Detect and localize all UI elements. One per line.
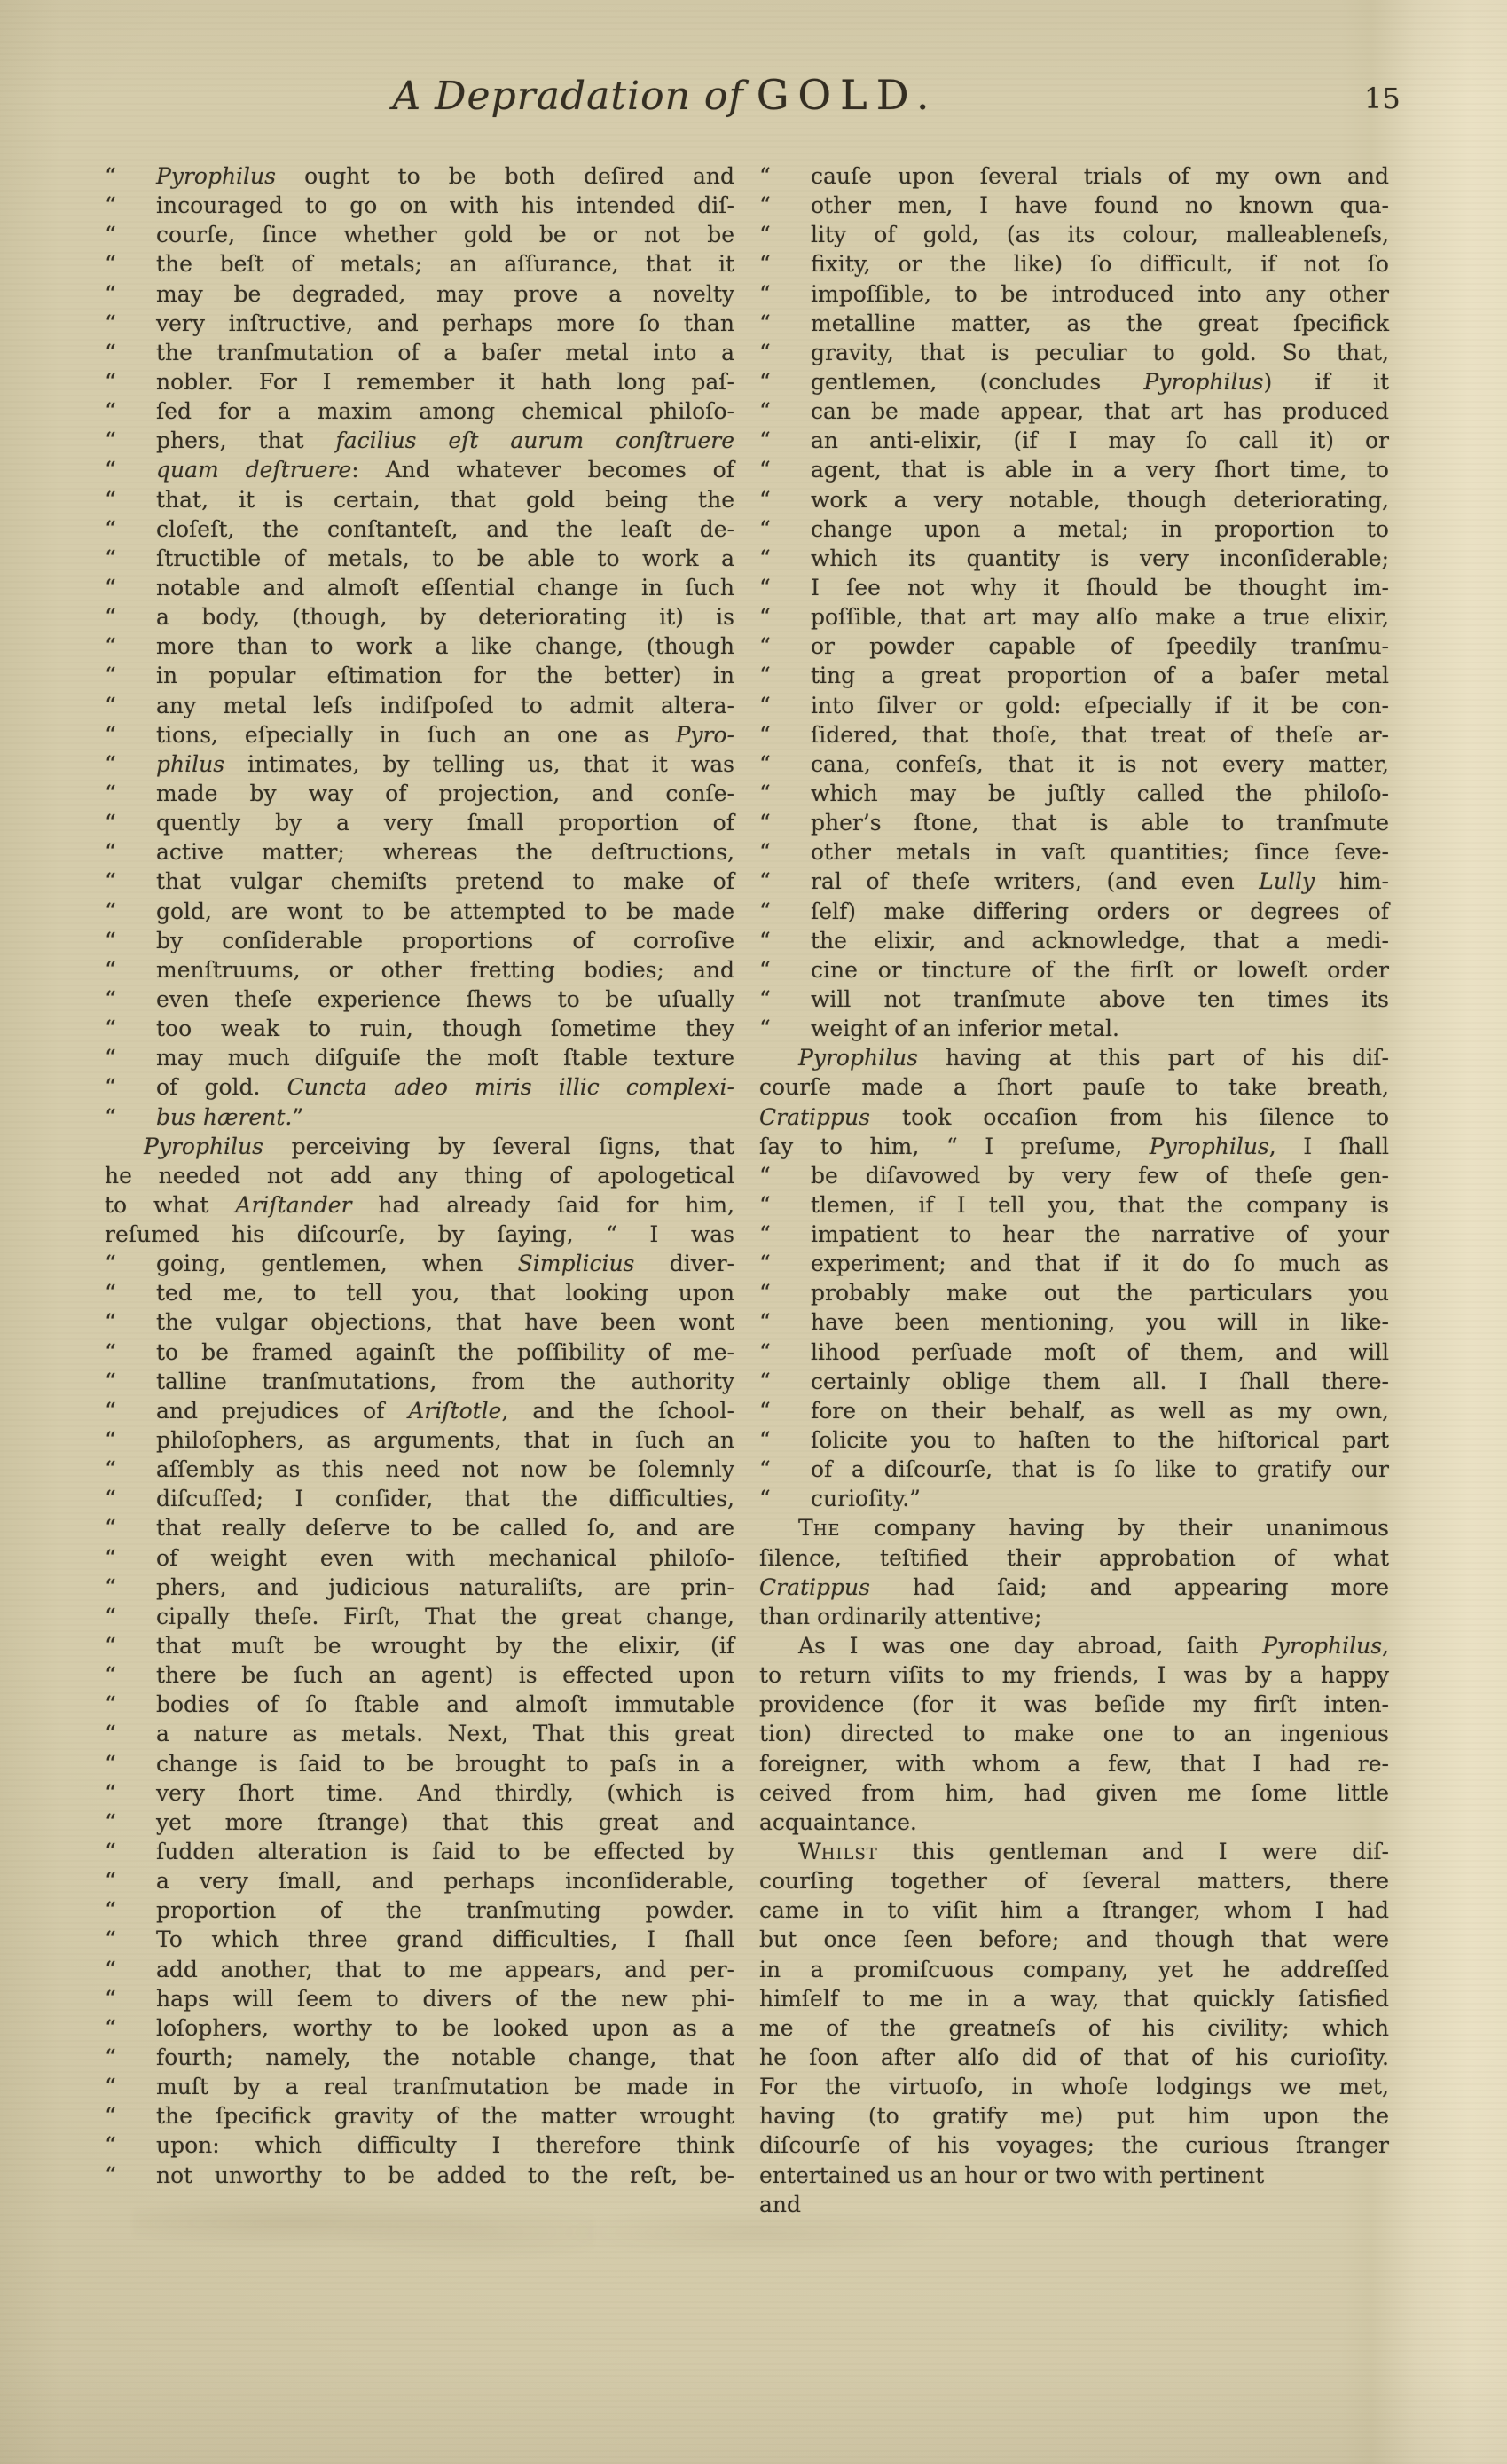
- quotation-mark: “: [759, 1307, 811, 1337]
- text-line: me of the greatneſs of his civility; whi…: [759, 2013, 1389, 2043]
- quotation-mark: “: [105, 191, 156, 220]
- quotation-mark: “: [759, 573, 811, 602]
- text-line: to return viſits to my friends, I was by…: [759, 1660, 1389, 1690]
- text-line: Cratippus had ſaid; and appearing more: [759, 1573, 1389, 1602]
- text-line: “probably make out the particulars you: [759, 1278, 1389, 1307]
- text-line: “will not tranſmute above ten times its: [759, 985, 1389, 1014]
- quotation-mark: “: [759, 426, 811, 455]
- quotation-mark: “: [105, 279, 156, 309]
- text-line: “impoſſible, to be introduced into any o…: [759, 279, 1389, 309]
- text-line: “curioſity.”: [759, 1484, 1389, 1513]
- text-line: As I was one day abroad, ſaith Pyrophilu…: [759, 1631, 1389, 1660]
- quotation-mark: “: [759, 396, 811, 426]
- quotation-mark: “: [105, 1307, 156, 1337]
- text-line: “philoſophers, as arguments, that in ſuc…: [105, 1425, 734, 1455]
- text-line: “ted me, to tell you, that looking upon: [105, 1278, 734, 1307]
- text-line: “haps will ſeem to divers of the new phi…: [105, 1984, 734, 2013]
- quotation-mark: “: [105, 1778, 156, 1808]
- text-line: “the elixir, and acknowledge, that a med…: [759, 926, 1389, 955]
- text-line: “work a very notable, though deteriorati…: [759, 485, 1389, 514]
- text-line: “cloſeſt, the conſtanteſt, and the leaſt…: [105, 514, 734, 544]
- quotation-mark: “: [105, 1513, 156, 1542]
- quotation-mark: “: [105, 1103, 156, 1132]
- quotation-mark: “: [759, 1396, 811, 1425]
- text-line: “pher’s ſtone, that is able to tranſmute: [759, 808, 1389, 837]
- quotation-mark: “: [105, 2101, 156, 2130]
- quotation-mark: “: [759, 661, 811, 690]
- text-line: “of a diſcourſe, that is ſo like to grat…: [759, 1455, 1389, 1484]
- text-line: “have been mentioning, you will in like-: [759, 1307, 1389, 1337]
- text-line: “any metal leſs indiſpoſed to admit alte…: [105, 691, 734, 720]
- quotation-mark: “: [105, 1425, 156, 1455]
- text-line: he ſoon after alſo did of that of his cu…: [759, 2043, 1389, 2072]
- text-line: “very inſtructive, and perhaps more ſo t…: [105, 309, 734, 338]
- text-line: “I ſee not why it ſhould be thought im-: [759, 573, 1389, 602]
- quotation-mark: “: [759, 338, 811, 367]
- text-line: “an anti-elixir, (if I may ſo call it) o…: [759, 426, 1389, 455]
- text-line: “ſelf) make differing orders or degrees …: [759, 897, 1389, 926]
- quotation-mark: “: [759, 1484, 811, 1513]
- quotation-mark: “: [105, 1837, 156, 1866]
- text-line: “may be degraded, may prove a novelty: [105, 279, 734, 309]
- quotation-mark: “: [105, 1749, 156, 1778]
- quotation-mark: “: [105, 1543, 156, 1573]
- text-line: tion) directed to make one to an ingenio…: [759, 1719, 1389, 1748]
- text-line: “or powder capable of ſpeedily tranſmu-: [759, 632, 1389, 661]
- quotation-mark: “: [759, 455, 811, 484]
- quotation-mark: “: [759, 779, 811, 808]
- text-line: “experiment; and that if it do ſo much a…: [759, 1249, 1389, 1278]
- text-line: “which its quantity is very inconſiderab…: [759, 544, 1389, 573]
- text-line: “other metals in vaſt quantities; ſince …: [759, 837, 1389, 867]
- quotation-mark: “: [105, 1895, 156, 1925]
- header-title-italic: A Depradation of: [392, 74, 743, 119]
- text-line: “of weight even with mechanical philoſo-: [105, 1543, 734, 1573]
- text-line: “going, gentlemen, when Simplicius diver…: [105, 1249, 734, 1278]
- quotation-mark: “: [105, 1690, 156, 1719]
- quotation-mark: “: [759, 544, 811, 573]
- quotation-mark: “: [105, 1455, 156, 1484]
- quotation-mark: “: [759, 1338, 811, 1367]
- right-column: “cauſe upon ſeveral trials of my own and…: [759, 161, 1389, 2219]
- text-line: “the tranſmutation of a baſer metal into…: [105, 338, 734, 367]
- quotation-mark: “: [759, 249, 811, 279]
- text-block: “Pyrophilus ought to be both deſired and…: [105, 161, 1389, 2219]
- text-line: than ordinarily attentive;: [759, 1602, 1389, 1631]
- quotation-mark: “: [105, 2043, 156, 2072]
- text-line: “menſtruums, or other fretting bodies; a…: [105, 955, 734, 985]
- text-line: entertained us an hour or two with perti…: [759, 2161, 1389, 2190]
- quotation-mark: “: [105, 1573, 156, 1602]
- text-line: ſay to him, “ I preſume, Pyrophilus, I ſ…: [759, 1132, 1389, 1161]
- quotation-mark: “: [105, 661, 156, 690]
- quotation-mark: “: [759, 1220, 811, 1249]
- quotation-mark: “: [759, 955, 811, 985]
- text-line: “that, it is certain, that gold being th…: [105, 485, 734, 514]
- quotation-mark: “: [105, 249, 156, 279]
- quotation-mark: “: [105, 2161, 156, 2190]
- text-line: “of gold. Cuncta adeo miris illic comple…: [105, 1072, 734, 1102]
- text-line: “and prejudices of Ariſtotle, and the ſc…: [105, 1396, 734, 1425]
- quotation-mark: “: [759, 1161, 811, 1190]
- text-line: came in to viſit him a ſtranger, whom I …: [759, 1895, 1389, 1925]
- text-line: “cauſe upon ſeveral trials of my own and: [759, 161, 1389, 191]
- text-line: “certainly oblige them all. I ſhall ther…: [759, 1367, 1389, 1396]
- quotation-mark: “: [759, 867, 811, 896]
- text-line: “cana, confeſs, that it is not every mat…: [759, 749, 1389, 779]
- text-line: “cine or tincture of the firſt or loweſt…: [759, 955, 1389, 985]
- text-line: “not unworthy to be added to the reſt, b…: [105, 2161, 734, 2190]
- text-line: “tlemen, if I tell you, that the company…: [759, 1190, 1389, 1220]
- text-line: “ſidered, that thoſe, that treat of theſ…: [759, 720, 1389, 749]
- text-line: “muſt by a real tranſmutation be made in: [105, 2072, 734, 2101]
- text-line: “impatient to hear the narrative of your: [759, 1220, 1389, 1249]
- text-line: “which may be juſtly called the philoſo-: [759, 779, 1389, 808]
- text-line: having (to gratify me) put him upon the: [759, 2101, 1389, 2130]
- text-line: “there be ſuch an agent) is effected upo…: [105, 1660, 734, 1690]
- text-line: For the virtuoſo, in whoſe lodgings we m…: [759, 2072, 1389, 2101]
- text-line: “that vulgar chemiſts pretend to make of: [105, 867, 734, 896]
- quotation-mark: “: [105, 720, 156, 749]
- quotation-mark: “: [105, 691, 156, 720]
- text-line: “tions, eſpecially in ſuch an one as Pyr…: [105, 720, 734, 749]
- text-line: “more than to work a like change, (thoug…: [105, 632, 734, 661]
- text-line: “diſcuſſed; I conſider, that the difficu…: [105, 1484, 734, 1513]
- text-line: “the beſt of metals; an aſſurance, that …: [105, 249, 734, 279]
- quotation-mark: “: [759, 837, 811, 867]
- quotation-mark: “: [759, 808, 811, 837]
- quotation-mark: “: [105, 1955, 156, 1984]
- quotation-mark: “: [759, 309, 811, 338]
- text-line: but once ſeen before; and though that we…: [759, 1925, 1389, 1954]
- quotation-mark: “: [759, 1455, 811, 1484]
- text-line: “change upon a metal; in proportion to: [759, 514, 1389, 544]
- quotation-mark: “: [759, 367, 811, 396]
- text-line: “can be made appear, that art has produc…: [759, 396, 1389, 426]
- quotation-mark: “: [759, 1425, 811, 1455]
- quotation-mark: “: [105, 779, 156, 808]
- quotation-mark: “: [105, 573, 156, 602]
- book-page-scan: A Depradation ofGOLD. 15 “Pyrophilus oug…: [0, 0, 1507, 2464]
- text-line: “that muſt be wrought by the elixir, (if: [105, 1631, 734, 1660]
- text-line: “may much diſguiſe the moſt ſtable textu…: [105, 1043, 734, 1072]
- text-line: “into ſilver or gold: eſpecially if it b…: [759, 691, 1389, 720]
- text-line: “upon: which difficulty I therefore thin…: [105, 2130, 734, 2160]
- text-line: courſing together of ſeveral matters, th…: [759, 1866, 1389, 1895]
- text-line: “that really deſerve to be called ſo, an…: [105, 1513, 734, 1542]
- text-line: “aſſembly as this need not now be ſolemn…: [105, 1455, 734, 1484]
- quotation-mark: “: [105, 1925, 156, 1954]
- text-line: “agent, that is able in a very ſhort tim…: [759, 455, 1389, 484]
- catchword: and: [759, 2190, 1389, 2219]
- text-line: Whilst this gentleman and I were diſ-: [759, 1837, 1389, 1866]
- text-line: “ſtructible of metals, to be able to wor…: [105, 544, 734, 573]
- text-line: “gold, are wont to be attempted to be ma…: [105, 897, 734, 926]
- quotation-mark: “: [759, 220, 811, 249]
- quotation-mark: “: [105, 426, 156, 455]
- text-line: “notable and almoſt eſſential change in …: [105, 573, 734, 602]
- quotation-mark: “: [105, 2130, 156, 2160]
- text-line: “yet more ſtrange) that this great and: [105, 1808, 734, 1837]
- quotation-mark: “: [759, 514, 811, 544]
- quotation-mark: “: [105, 1808, 156, 1837]
- quotation-mark: “: [105, 455, 156, 484]
- quotation-mark: “: [759, 191, 811, 220]
- quotation-mark: “: [759, 485, 811, 514]
- quotation-mark: “: [105, 220, 156, 249]
- text-line: providence (for it was beſide my firſt i…: [759, 1690, 1389, 1719]
- text-line: “made by way of projection, and conſe-: [105, 779, 734, 808]
- quotation-mark: “: [759, 602, 811, 632]
- quotation-mark: “: [105, 1043, 156, 1072]
- text-line: ceived from him, had given me ſome littl…: [759, 1778, 1389, 1808]
- text-line: “Pyrophilus ought to be both deſired and: [105, 161, 734, 191]
- text-line: in a promiſcuous company, yet he addreſſ…: [759, 1955, 1389, 1984]
- quotation-mark: “: [759, 749, 811, 779]
- text-line: “courſe, ſince whether gold be or not be: [105, 220, 734, 249]
- text-line: Pyrophilus having at this part of his di…: [759, 1043, 1389, 1072]
- quotation-mark: “: [759, 161, 811, 191]
- quotation-mark: “: [105, 1367, 156, 1396]
- quotation-mark: “: [105, 867, 156, 896]
- quotation-mark: “: [105, 309, 156, 338]
- text-line: “fore on their behalf, as well as my own…: [759, 1396, 1389, 1425]
- text-line: he needed not add any thing of apologeti…: [105, 1161, 734, 1190]
- text-line: “a very ſmall, and perhaps inconſiderabl…: [105, 1866, 734, 1895]
- text-line: “ting a great proportion of a baſer meta…: [759, 661, 1389, 690]
- text-line: “lihood perſuade moſt of them, and will: [759, 1338, 1389, 1367]
- text-line: “the vulgar objections, that have been w…: [105, 1307, 734, 1337]
- text-line: “ſudden alteration is ſaid to be effecte…: [105, 1837, 734, 1866]
- text-line: “a nature as metals. Next, That this gre…: [105, 1719, 734, 1748]
- text-line: “quam deſtruere: And whatever becomes of: [105, 455, 734, 484]
- text-line: “ſolicite you to haſten to the hiſtorica…: [759, 1425, 1389, 1455]
- quotation-mark: “: [105, 1278, 156, 1307]
- quotation-mark: “: [105, 985, 156, 1014]
- text-line: “the ſpecifick gravity of the matter wro…: [105, 2101, 734, 2130]
- quotation-mark: “: [105, 749, 156, 779]
- quotation-mark: “: [759, 1278, 811, 1307]
- quotation-mark: “: [105, 1719, 156, 1748]
- quotation-mark: “: [759, 1190, 811, 1220]
- quotation-mark: “: [105, 514, 156, 544]
- quotation-mark: “: [105, 602, 156, 632]
- quotation-mark: “: [105, 837, 156, 867]
- quotation-mark: “: [105, 897, 156, 926]
- text-line: “change is ſaid to be brought to paſs in…: [105, 1749, 734, 1778]
- text-line: “to be framed againſt the poſſibility of…: [105, 1338, 734, 1367]
- quotation-mark: “: [105, 2013, 156, 2043]
- quotation-mark: “: [759, 691, 811, 720]
- text-line: to what Ariſtander had already ſaid for …: [105, 1190, 734, 1220]
- quotation-mark: “: [105, 1631, 156, 1660]
- header-title-caps: GOLD.: [757, 71, 938, 119]
- text-line: “incouraged to go on with his intended d…: [105, 191, 734, 220]
- text-line: “nobler. For I remember it hath long paſ…: [105, 367, 734, 396]
- text-line: “by conſiderable proportions of corroſiv…: [105, 926, 734, 955]
- quotation-mark: “: [105, 1072, 156, 1102]
- text-line: “cipally theſe. Firſt, That the great ch…: [105, 1602, 734, 1631]
- text-line: “talline tranſmutations, from the author…: [105, 1367, 734, 1396]
- quotation-mark: “: [105, 544, 156, 573]
- text-line: “add another, that to me appears, and pe…: [105, 1955, 734, 1984]
- quotation-mark: “: [105, 1866, 156, 1895]
- text-line: “loſophers, worthy to be looked upon as …: [105, 2013, 734, 2043]
- text-line: “ſed for a maxim among chemical philoſo-: [105, 396, 734, 426]
- text-line: “poſſible, that art may alſo make a true…: [759, 602, 1389, 632]
- text-line: acquaintance.: [759, 1808, 1389, 1837]
- quotation-mark: “: [105, 2072, 156, 2101]
- quotation-mark: “: [105, 338, 156, 367]
- quotation-mark: “: [105, 1984, 156, 2013]
- text-line: “bodies of ſo ſtable and almoſt immutabl…: [105, 1690, 734, 1719]
- left-column: “Pyrophilus ought to be both deſired and…: [105, 161, 734, 2219]
- quotation-mark: “: [105, 1484, 156, 1513]
- quotation-mark: “: [105, 955, 156, 985]
- text-line: Pyrophilus perceiving by ſeveral ſigns, …: [105, 1132, 734, 1161]
- quotation-mark: “: [759, 279, 811, 309]
- text-line: himſelf to me in a way, that quickly ſat…: [759, 1984, 1389, 2013]
- text-line: reſumed his diſcourſe, by ſaying, “ I wa…: [105, 1220, 734, 1249]
- text-line: “fixity, or the like) ſo difficult, if n…: [759, 249, 1389, 279]
- quotation-mark: “: [105, 161, 156, 191]
- text-line: ſilence, teſtified their approbation of …: [759, 1543, 1389, 1573]
- quotation-mark: “: [759, 632, 811, 661]
- quotation-mark: “: [105, 1249, 156, 1278]
- text-line: “lity of gold, (as its colour, malleable…: [759, 220, 1389, 249]
- text-line: “very ſhort time. And thirdly, (which is: [105, 1778, 734, 1808]
- text-line: “proportion of the tranſmuting powder.: [105, 1895, 734, 1925]
- quotation-mark: “: [105, 1396, 156, 1425]
- text-line: “phers, and judicious naturaliſts, are p…: [105, 1573, 734, 1602]
- text-line: “philus intimates, by telling us, that i…: [105, 749, 734, 779]
- quotation-mark: “: [105, 396, 156, 426]
- quotation-mark: “: [105, 1014, 156, 1043]
- quotation-mark: “: [759, 926, 811, 955]
- text-line: “be diſavowed by very few of theſe gen-: [759, 1161, 1389, 1190]
- text-line: “gentlemen, (concludes Pyrophilus) if it: [759, 367, 1389, 396]
- quotation-mark: “: [105, 1338, 156, 1367]
- quotation-mark: “: [759, 720, 811, 749]
- quotation-mark: “: [105, 1602, 156, 1631]
- quotation-mark: “: [105, 485, 156, 514]
- quotation-mark: “: [759, 1249, 811, 1278]
- quotation-mark: “: [759, 1367, 811, 1396]
- running-header: A Depradation ofGOLD.: [213, 71, 1118, 128]
- text-line: The company having by their unanimous: [759, 1513, 1389, 1542]
- text-line: diſcourſe of his voyages; the curious ſt…: [759, 2130, 1389, 2160]
- text-line: “fourth; namely, the notable change, tha…: [105, 2043, 734, 2072]
- quotation-mark: “: [105, 632, 156, 661]
- text-line: “even theſe experience ſhews to be uſual…: [105, 985, 734, 1014]
- text-line: “bus hærent.”: [105, 1103, 734, 1132]
- text-line: “a body, (though, by deteriorating it) i…: [105, 602, 734, 632]
- text-line: “too weak to ruin, though ſometime they: [105, 1014, 734, 1043]
- quotation-mark: “: [759, 985, 811, 1014]
- text-line: “weight of an inferior metal.: [759, 1014, 1389, 1043]
- quotation-mark: “: [105, 808, 156, 837]
- text-line: foreigner, with whom a few, that I had r…: [759, 1749, 1389, 1778]
- quotation-mark: “: [105, 367, 156, 396]
- quotation-mark: “: [759, 1014, 811, 1043]
- text-line: Cratippus took occaſion from his ſilence…: [759, 1103, 1389, 1132]
- quotation-mark: “: [759, 897, 811, 926]
- text-line: “active matter; whereas the deſtructions…: [105, 837, 734, 867]
- page-number: 15: [1364, 82, 1401, 115]
- text-line: “To which three grand difficulties, I ſh…: [105, 1925, 734, 1954]
- text-line: “in popular eſtimation for the better) i…: [105, 661, 734, 690]
- text-line: “phers, that facilius eſt aurum conſtrue…: [105, 426, 734, 455]
- text-line: “gravity, that is peculiar to gold. So t…: [759, 338, 1389, 367]
- text-line: “metalline matter, as the great ſpecific…: [759, 309, 1389, 338]
- text-line: “other men, I have found no known qua-: [759, 191, 1389, 220]
- quotation-mark: “: [105, 1660, 156, 1690]
- text-line: courſe made a ſhort pauſe to take breath…: [759, 1072, 1389, 1102]
- text-line: “quently by a very ſmall proportion of: [105, 808, 734, 837]
- quotation-mark: “: [105, 926, 156, 955]
- text-line: “ral of theſe writers, (and even Lully h…: [759, 867, 1389, 896]
